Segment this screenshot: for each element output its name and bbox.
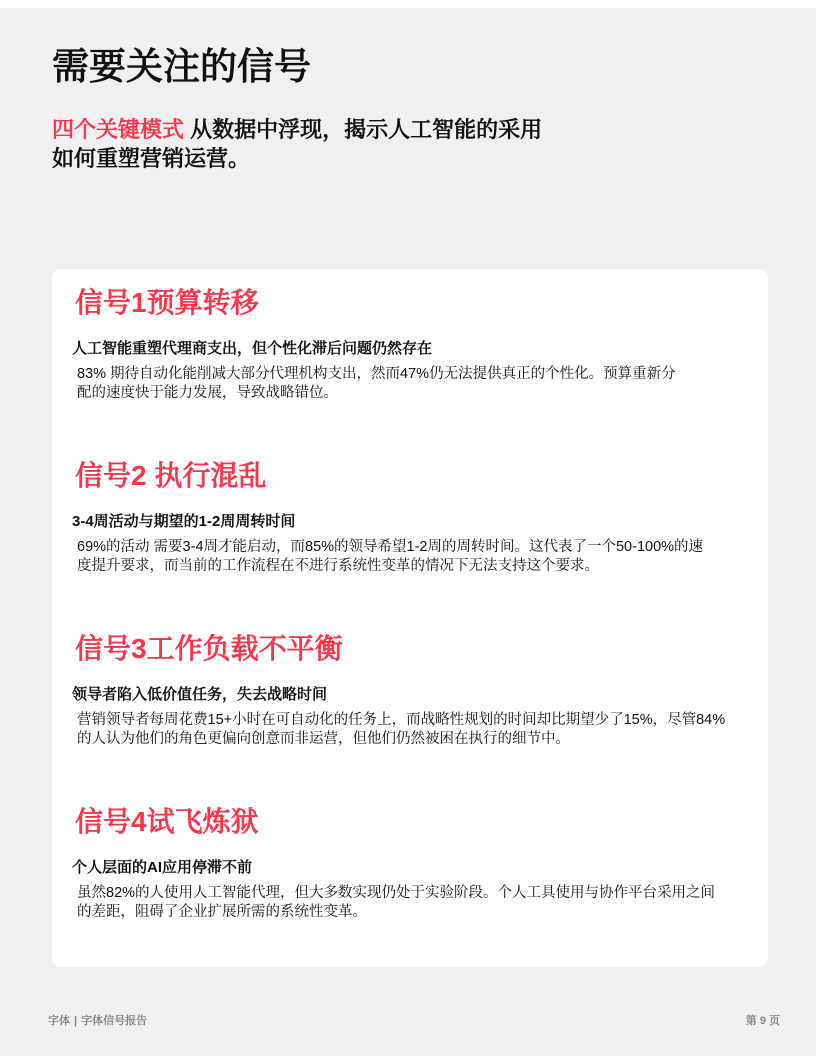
signal-2-subheading: 3-4周活动与期望的1-2周周转时间 [72,512,740,531]
footer-separator: | [74,1014,77,1028]
signal-3-heading: 信号3工作负载不平衡 [75,631,740,667]
section-signal-2: 信号2 执行混乱 3-4周活动与期望的1-2周周转时间 69%的活动 需要3-4… [72,458,740,576]
page-title: 需要关注的信号 [52,0,768,89]
signal-4-subheading: 个人层面的AI应用停滞不前 [72,858,740,877]
signal-1-heading: 信号1预算转移 [75,285,740,321]
footer-brand: 字体 [48,1014,70,1028]
subtitle-line2: 如何重塑营销运营。 [52,146,250,171]
signal-3-body: 营销领导者每周花费15+小时在可自动化的任务上，而战略性规划的时间却比期望少了1… [77,711,737,749]
footer-report-name: 字体信号报告 [81,1014,147,1028]
signal-4-body: 虽然82%的人使用人工智能代理，但大多数实现仍处于实验阶段。个人工具使用与协作平… [77,884,737,922]
footer-brand-line: 字体 | 字体信号报告 [48,1014,147,1028]
section-signal-3: 信号3工作负载不平衡 领导者陷入低价值任务，失去战略时间 营销领导者每周花费15… [72,631,740,749]
signals-card: 信号1预算转移 人工智能重塑代理商支出，但个性化滞后问题仍然存在 83% 期待自… [52,269,768,967]
subtitle-rest: 从数据中浮现，揭示人工智能的采用 [184,117,542,142]
footer-page-number: 第 9 页 [746,1014,780,1028]
signal-1-body: 83% 期待自动化能削减大部分代理机构支出，然而47%仍无法提供真正的个性化。预… [77,365,737,403]
signal-2-heading: 信号2 执行混乱 [75,458,740,494]
section-signal-1: 信号1预算转移 人工智能重塑代理商支出，但个性化滞后问题仍然存在 83% 期待自… [72,285,740,403]
section-signal-4: 信号4试飞炼狱 个人层面的AI应用停滞不前 虽然82%的人使用人工智能代理，但大… [72,804,740,922]
page-subtitle: 四个关键模式 从数据中浮现，揭示人工智能的采用如何重塑营销运营。 [52,115,768,173]
signal-1-subheading: 人工智能重塑代理商支出，但个性化滞后问题仍然存在 [72,339,740,358]
page-footer: 字体 | 字体信号报告 第 9 页 [48,1014,780,1028]
subtitle-highlight: 四个关键模式 [52,117,184,142]
document-page: 需要关注的信号 四个关键模式 从数据中浮现，揭示人工智能的采用如何重塑营销运营。… [0,0,816,967]
signal-3-subheading: 领导者陷入低价值任务，失去战略时间 [72,685,740,704]
signal-4-heading: 信号4试飞炼狱 [75,804,740,840]
signal-2-body: 69%的活动 需要3-4周才能启动，而85%的领导希望1-2周的周转时间。这代表… [77,538,737,576]
